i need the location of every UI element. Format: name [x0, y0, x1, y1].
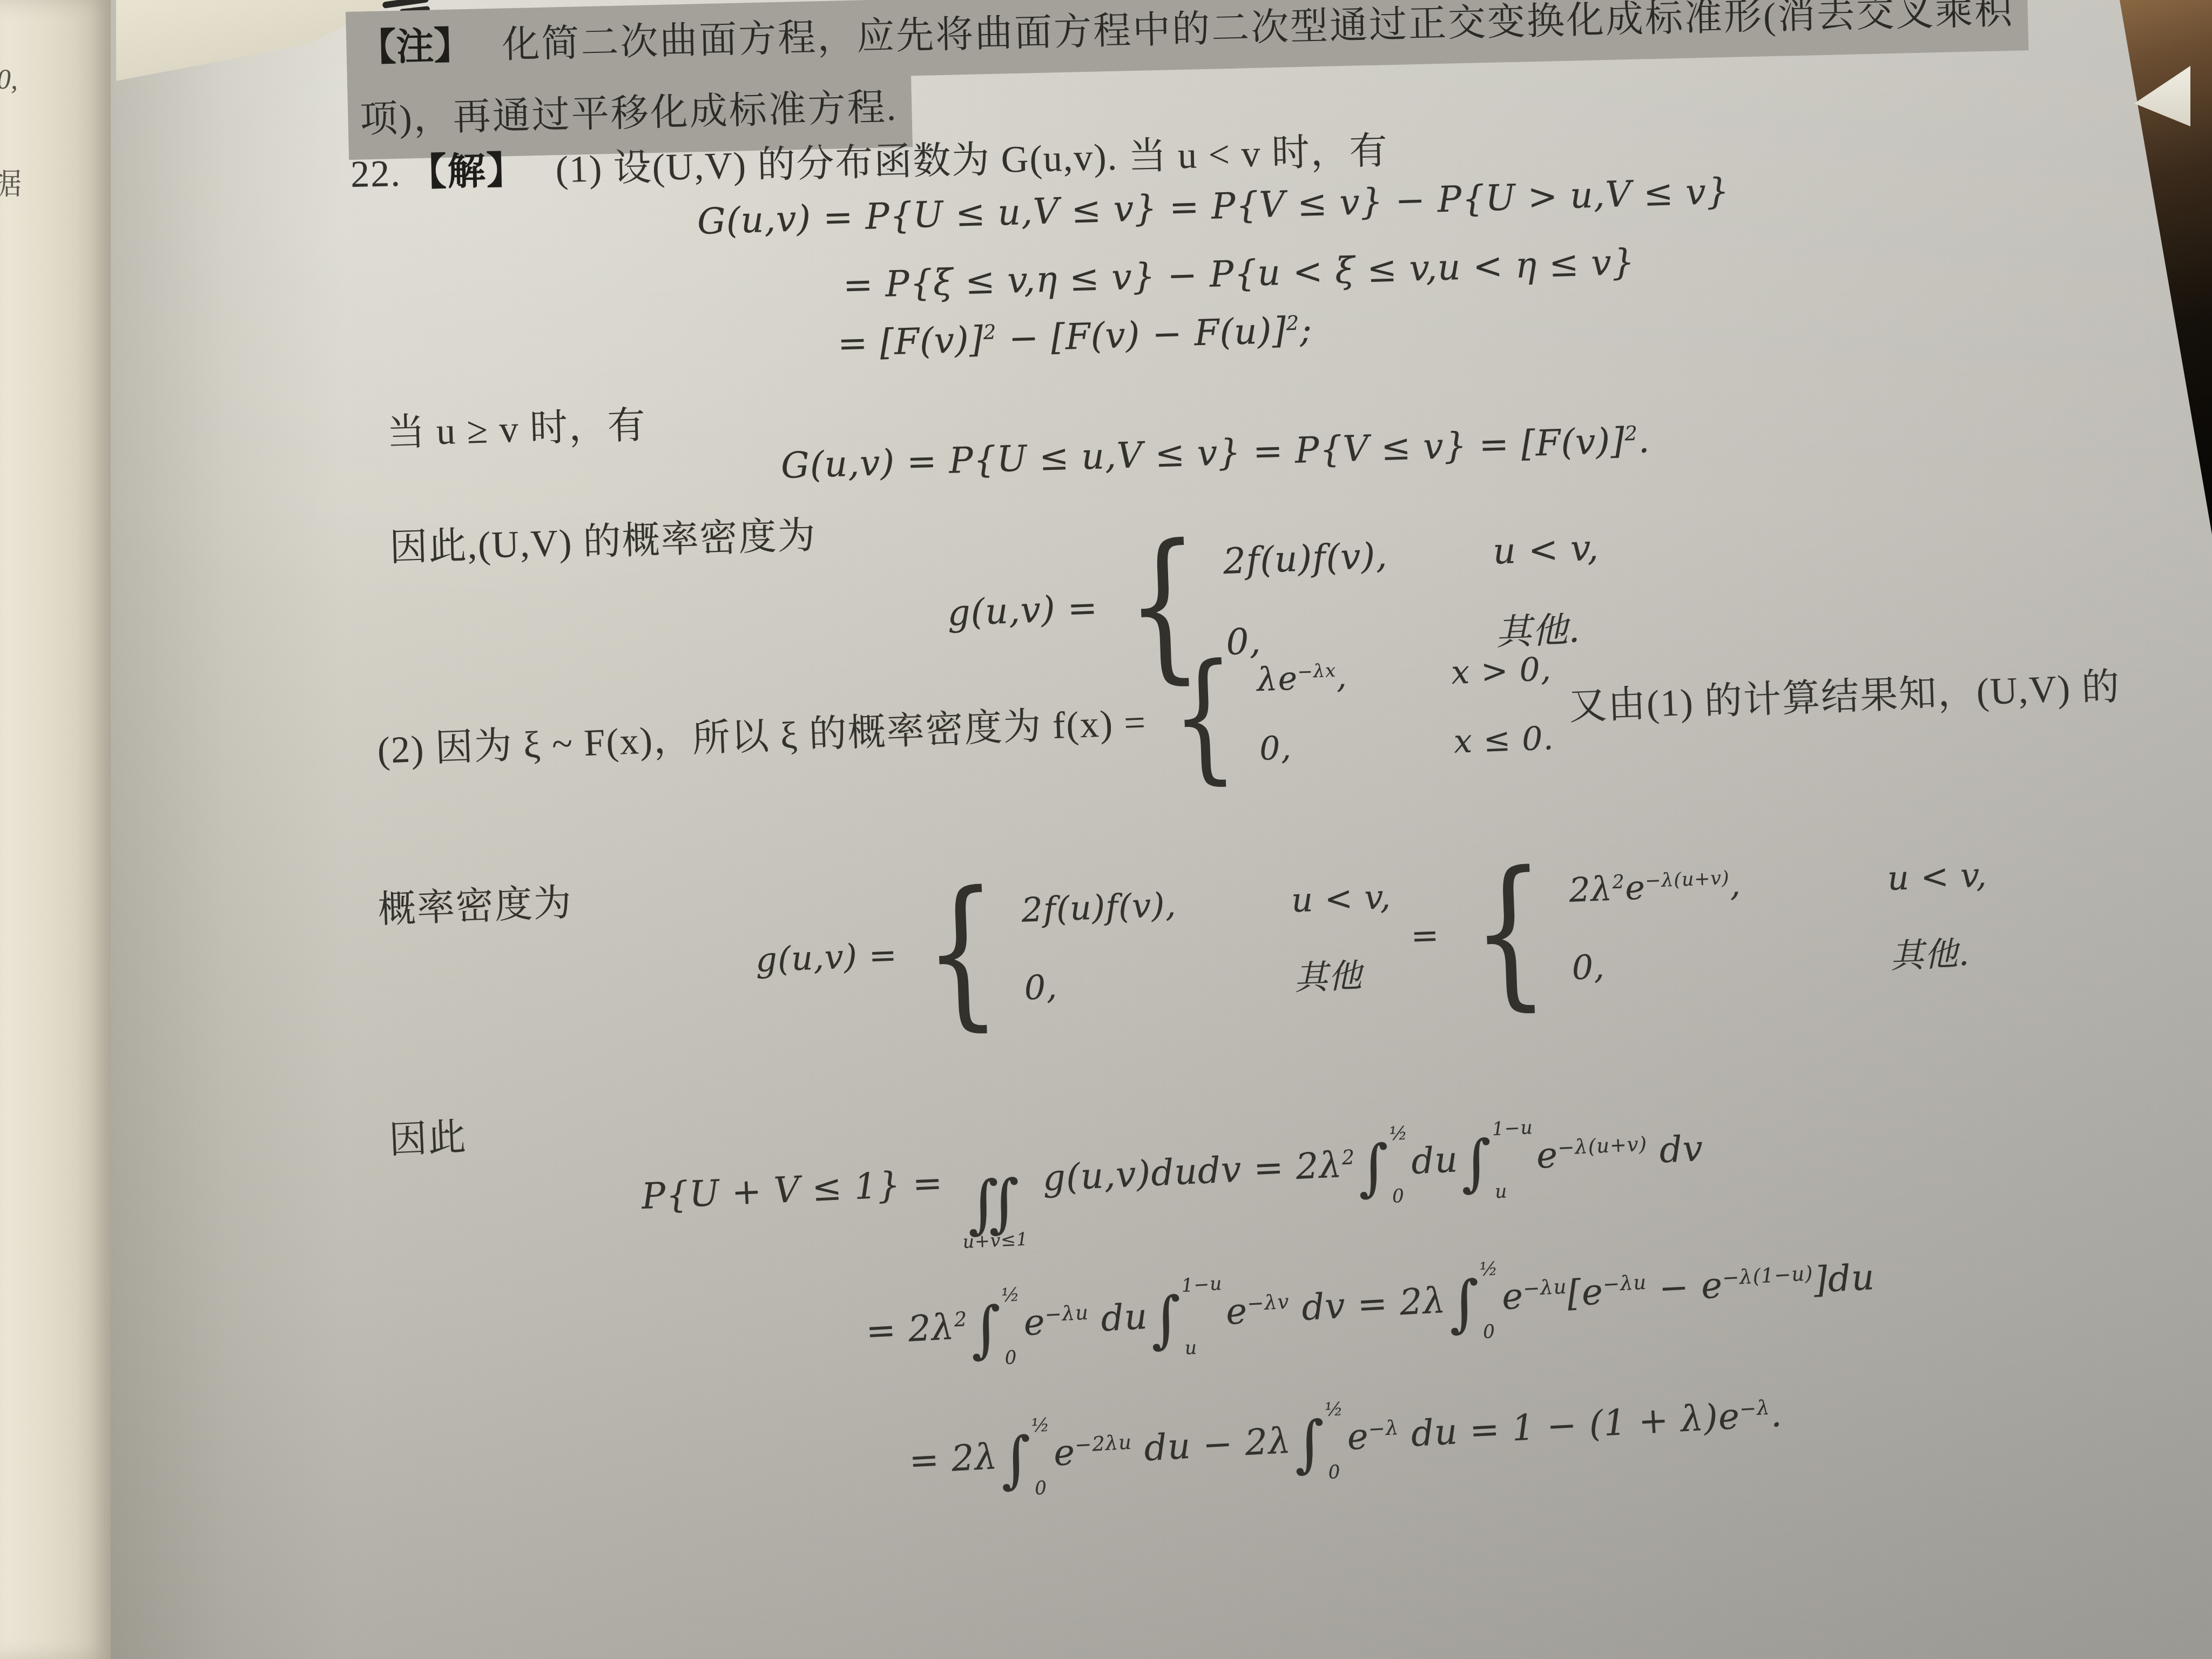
equation-line: = [F(v)]2 − [F(v) − F(u)]2;	[837, 309, 1313, 365]
brace	[922, 887, 1001, 1016]
previous-page-edge: 0, 据	[0, 0, 111, 1659]
equals-sign: =	[1410, 915, 1440, 955]
background-corner	[2109, 0, 2212, 535]
part2-pre: (2) 因为 ξ ~ F(x)，所以 ξ 的概率密度为 f(x) =	[376, 692, 1148, 774]
piecewise-row: 2f(u)f(v),u < v,	[1222, 527, 1600, 582]
equation-line: G(u,v) = P{U ≤ u,V ≤ v} = P{V ≤ v} = [F(…	[780, 419, 1650, 487]
piecewise-rows: 2λ2e−λ(u+v),u < v,0,其他.	[1568, 855, 1991, 989]
brace	[1170, 661, 1238, 773]
equation-line: P{U + V ≤ 1} = ∬u+v≤1 g(u,v)dudv = 2λ2∫½…	[640, 1113, 1707, 1265]
piecewise-rows: 2f(u)f(v),u < v,0,其他.	[1222, 527, 1602, 665]
solution-label: 【解】	[408, 150, 526, 194]
note-label: 【注】	[358, 25, 473, 70]
equation-line: = 2λ∫½0e−2λu du − 2λ∫½0e−λ du = 1 − (1 +…	[907, 1378, 1785, 1506]
piecewise-row: 0,其他.	[1571, 926, 1991, 989]
note-line: 【注】化简二次曲面方程，应先将曲面方程中的二次型通过正交变换化成标准形(消去交叉…	[346, 0, 2029, 89]
book-page-photo: { "page": { "margin": { "fragments": ["0…	[0, 0, 2212, 1659]
equation-lhs: g(u,v) =	[947, 586, 1098, 633]
brace	[1470, 867, 1549, 996]
piecewise-rows: λe−λx,x > 0,0,x ≤ 0.	[1256, 651, 1554, 768]
equation-lhs: g(u,v) =	[755, 935, 898, 980]
equation-line: = P{ξ ≤ v,η ≤ v} − P{u < ξ ≤ v,u < η ≤ v…	[842, 241, 1636, 306]
note-text: 化简二次曲面方程，应先将曲面方程中的二次型通过正交变换化成标准形(消去交叉乘积	[502, 0, 2014, 66]
case-text: 当 u ≥ v 时，有	[386, 395, 647, 457]
piecewise-row: 0,其他	[1023, 948, 1394, 1009]
problem-number: 22.	[350, 153, 401, 195]
part1-intro: (1) 设(U,V) 的分布函数为 G(u,v). 当 u < v 时，有	[555, 130, 1389, 191]
margin-fragment: 0,	[0, 64, 18, 96]
piecewise-rows: 2f(u)f(v),u < v,0,其他	[1021, 877, 1394, 1009]
piecewise-row: 2λ2e−λ(u+v),u < v,	[1568, 855, 1988, 909]
piecewise-equation: g(u,v) = 2f(u)f(v),u < v,0,其他 = 2λ2e−λ(u…	[753, 851, 1991, 1023]
piecewise-row: 0,x ≤ 0.	[1259, 719, 1555, 768]
part2-cont: 概率密度为	[377, 872, 573, 934]
margin-fragment: 据	[0, 160, 22, 203]
therefore-text: 因此	[388, 1106, 468, 1164]
page-fold-shadow	[111, 0, 343, 1659]
piecewise-row: 2f(u)f(v),u < v,	[1021, 877, 1392, 930]
part2-post: 又由(1) 的计算结果知，(U,V) 的	[1568, 656, 2121, 731]
equation-line: = 2λ2∫½0e−λu du∫1−uue−λv dv = 2λ∫½0e−λu[…	[864, 1242, 1877, 1377]
density-intro: 因此,(U,V) 的概率密度为	[389, 505, 817, 572]
